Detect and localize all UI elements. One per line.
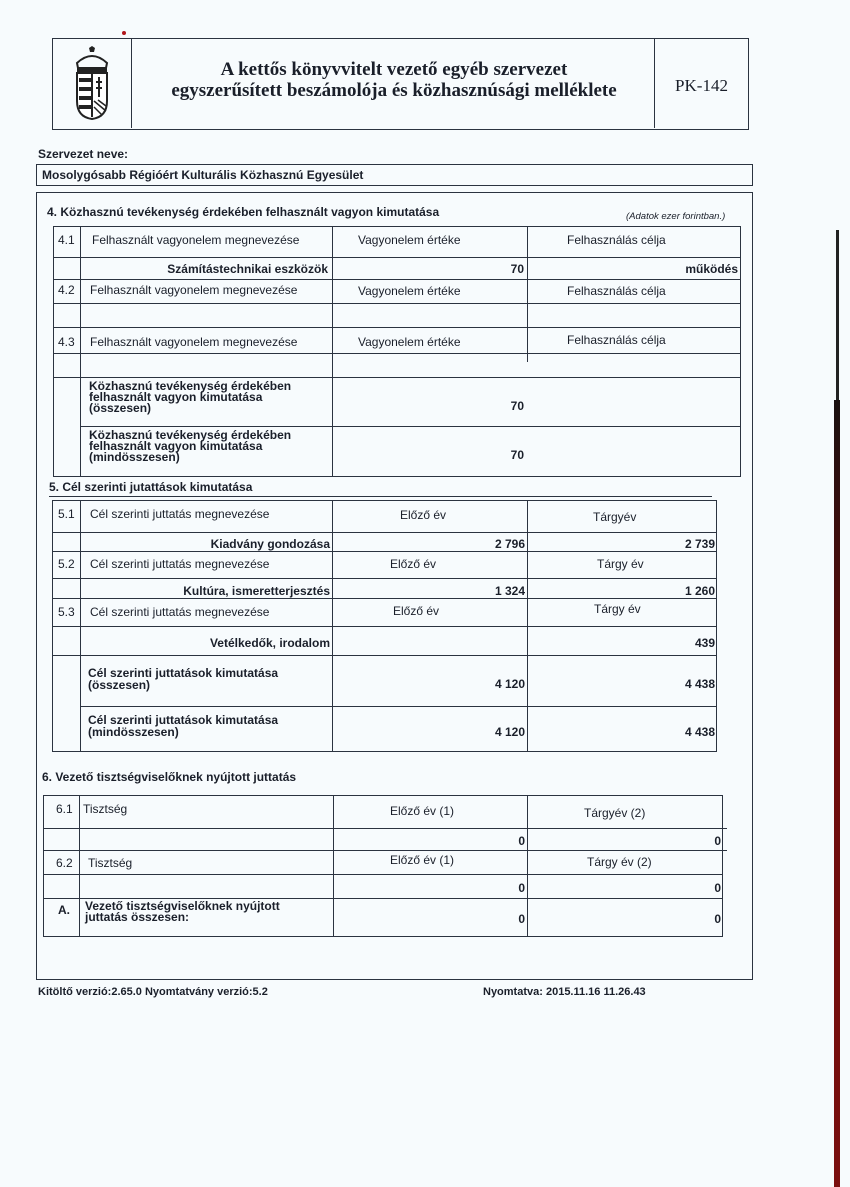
position-prev[interactable]: 0 — [336, 834, 525, 848]
asset-purpose-empty[interactable] — [529, 305, 739, 325]
row-number: 6.2 — [56, 856, 73, 870]
form-code-cell: PK-142 — [654, 39, 748, 128]
asset-value[interactable]: 70 — [336, 262, 524, 276]
asset-value-empty[interactable] — [334, 355, 525, 375]
scan-edge-red — [834, 400, 840, 1187]
row-number: 4.1 — [58, 233, 75, 247]
column-header-name: Felhasznált vagyonelem megnevezése — [90, 335, 297, 349]
section4-grand-total-label: Közhasznú tevékenység érdekében felhaszn… — [89, 430, 291, 463]
column-header-prev: Előző év (1) — [390, 853, 454, 867]
row-number: 4.3 — [58, 335, 75, 349]
form-title-line2: egyszerűsített beszámolója és közhasznús… — [133, 80, 655, 101]
column-header-name: Cél szerinti juttatás megnevezése — [90, 507, 269, 521]
section5-total-label: Cél szerinti juttatások kimutatása (össz… — [88, 667, 278, 691]
column-header-curr: Tárgyév (2) — [584, 806, 645, 820]
column-header-name: Tisztség — [88, 856, 132, 870]
hungarian-coat-of-arms-icon — [67, 45, 117, 123]
section6-total-prev: 0 — [336, 912, 525, 926]
section4-title: 4. Közhasznú tevékenység érdekében felha… — [47, 205, 439, 219]
row-number: 6.1 — [56, 802, 73, 816]
column-header-value: Vagyonelem értéke — [358, 284, 461, 298]
footer-version: Kitöltő verzió:2.65.0 Nyomtatvány verzió… — [38, 985, 268, 999]
column-header-curr: Tárgyév — [593, 510, 636, 524]
benefit-curr[interactable]: 439 — [531, 636, 715, 650]
column-header-value: Vagyonelem értéke — [358, 335, 461, 349]
form-header: A kettős könyvvitelt vezető egyéb szerve… — [52, 38, 749, 130]
benefit-name[interactable]: Vetélkedők, irodalom — [84, 636, 330, 650]
column-header-curr: Tárgy év (2) — [587, 855, 652, 869]
form-code: PK-142 — [655, 76, 748, 96]
scan-edge — [836, 230, 839, 400]
column-header-value: Vagyonelem értéke — [358, 233, 461, 247]
label-line: juttatás összesen: — [85, 912, 280, 923]
organization-name-field[interactable]: Mosolygósabb Régióért Kulturális Közhasz… — [36, 164, 753, 186]
asset-purpose[interactable]: működés — [531, 262, 738, 276]
form-title: A kettős könyvvitelt vezető egyéb szerve… — [133, 59, 655, 101]
benefit-prev[interactable]: 1 324 — [336, 584, 525, 598]
label-line: (mindösszesen) — [88, 726, 278, 738]
benefit-curr[interactable]: 1 260 — [531, 584, 715, 598]
row-number: 5.3 — [58, 605, 75, 619]
section6-total-curr: 0 — [531, 912, 721, 926]
row-number: 5.1 — [58, 507, 75, 521]
unit-note: (Adatok ezer forintban.) — [626, 210, 725, 224]
benefit-curr[interactable]: 2 739 — [531, 537, 715, 551]
benefit-name[interactable]: Kiadvány gondozása — [84, 537, 330, 551]
column-header-name: Felhasznált vagyonelem megnevezése — [90, 283, 297, 297]
row-number: 4.2 — [58, 283, 75, 297]
section5-grand-total-prev: 4 120 — [336, 725, 525, 739]
position-name-empty[interactable] — [81, 876, 331, 896]
section5-grand-total-label: Cél szerinti juttatások kimutatása (mind… — [88, 714, 278, 738]
section5-grand-total-curr: 4 438 — [531, 725, 715, 739]
form-title-line1: A kettős könyvvitelt vezető egyéb szerve… — [133, 59, 655, 80]
column-header-purpose: Felhasználás célja — [567, 284, 666, 298]
column-header-prev: Előző év — [400, 508, 446, 522]
benefit-name[interactable]: Kultúra, ismeretterjesztés — [84, 584, 330, 598]
position-prev[interactable]: 0 — [336, 881, 525, 895]
section6-total-number: A. — [58, 903, 70, 917]
section4-total-label: Közhasznú tevékenység érdekében felhaszn… — [89, 381, 291, 414]
column-header-prev: Előző év — [393, 604, 439, 618]
label-line: (összesen) — [89, 403, 291, 414]
section4-grand-total-value: 70 — [336, 448, 524, 462]
column-header-prev: Előző év — [390, 557, 436, 571]
organization-name: Mosolygósabb Régióért Kulturális Közhasz… — [42, 168, 363, 182]
asset-name-empty[interactable] — [82, 355, 330, 375]
column-header-name: Cél szerinti juttatás megnevezése — [90, 557, 269, 571]
section5-title: 5. Cél szerinti jutattások kimutatása — [49, 480, 252, 494]
label-line: (összesen) — [88, 679, 278, 691]
benefit-prev[interactable]: 2 796 — [336, 537, 525, 551]
asset-name[interactable]: Számítástechnikai eszközök — [84, 262, 328, 276]
position-curr[interactable]: 0 — [531, 834, 721, 848]
column-header-name: Cél szerinti juttatás megnevezése — [90, 605, 269, 619]
asset-name-empty[interactable] — [82, 305, 330, 325]
section4-total-value: 70 — [336, 399, 524, 413]
column-header-name: Tisztség — [83, 802, 127, 816]
position-name-empty[interactable] — [81, 830, 331, 848]
column-header-purpose: Felhasználás célja — [567, 233, 666, 247]
logo-cell — [53, 39, 132, 128]
column-header-prev: Előző év (1) — [390, 804, 454, 818]
column-header-name: Felhasznált vagyonelem megnevezése — [92, 233, 299, 247]
section5-total-prev: 4 120 — [336, 677, 525, 691]
column-header-curr: Tárgy év — [597, 557, 644, 571]
column-header-curr: Tárgy év — [594, 602, 641, 616]
position-curr[interactable]: 0 — [531, 881, 721, 895]
organization-label: Szervezet neve: — [38, 147, 128, 161]
section6-total-label: Vezető tisztségviselőknek nyújtott jutta… — [85, 901, 280, 923]
asset-value-empty[interactable] — [334, 305, 525, 325]
scan-mark — [122, 31, 126, 35]
section5-total-curr: 4 438 — [531, 677, 715, 691]
section6-title: 6. Vezető tisztségviselőknek nyújtott ju… — [42, 770, 296, 784]
asset-purpose-empty[interactable] — [529, 355, 739, 375]
row-number: 5.2 — [58, 557, 75, 571]
footer-printed: Nyomtatva: 2015.11.16 11.26.43 — [483, 985, 646, 999]
label-line: (mindösszesen) — [89, 452, 291, 463]
column-header-purpose: Felhasználás célja — [567, 333, 666, 347]
